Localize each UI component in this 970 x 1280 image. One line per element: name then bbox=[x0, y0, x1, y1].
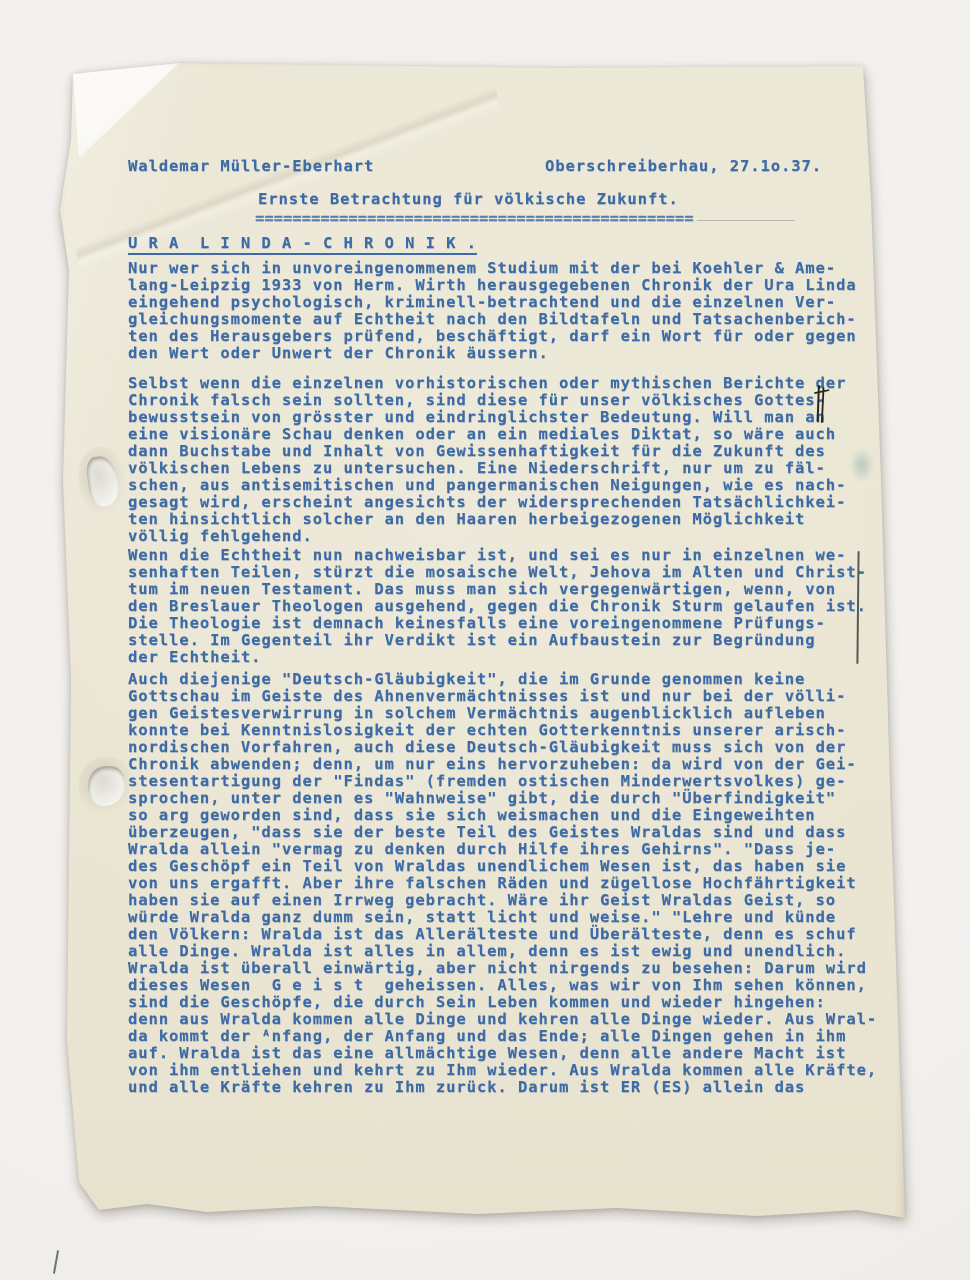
paragraph-1: Nur wer sich in unvoreingenommenem Studi… bbox=[128, 260, 857, 362]
pencil-stroke bbox=[697, 220, 795, 221]
document-page: Waldemar Müller-Eberhart Oberschreiberha… bbox=[57, 60, 907, 1235]
document-title: Ernste Betrachtung für völkische Zukunft… bbox=[258, 191, 679, 208]
page-corner-fold bbox=[57, 60, 187, 165]
punch-hole-bottom bbox=[87, 765, 127, 807]
ink-smudge bbox=[845, 442, 879, 488]
punch-hole-top bbox=[85, 454, 121, 507]
paragraph-3: Wenn die Echtheit nun nachweisbar ist, u… bbox=[128, 547, 867, 666]
paragraph-4: Auch diejenige "Deutsch-Gläubigkeit", di… bbox=[128, 671, 877, 1096]
paper-sheet: Waldemar Müller-Eberhart Oberschreiberha… bbox=[57, 60, 907, 1235]
pen-tick-mark bbox=[53, 1250, 59, 1274]
dust-speck bbox=[420, 266, 423, 269]
author-name: Waldemar Müller-Eberhart bbox=[128, 158, 374, 175]
title-underline: ========================================… bbox=[255, 210, 694, 227]
margin-pen-mark bbox=[813, 384, 831, 424]
scan-background: Waldemar Müller-Eberhart Oberschreiberha… bbox=[0, 0, 970, 1280]
paragraph-2: Selbst wenn die einzelnen vorhistorische… bbox=[128, 375, 846, 545]
section-heading: U R A L I N D A - C H R O N I K . bbox=[128, 235, 477, 255]
dateline: Oberschreiberhau, 27.1o.37. bbox=[545, 158, 822, 175]
